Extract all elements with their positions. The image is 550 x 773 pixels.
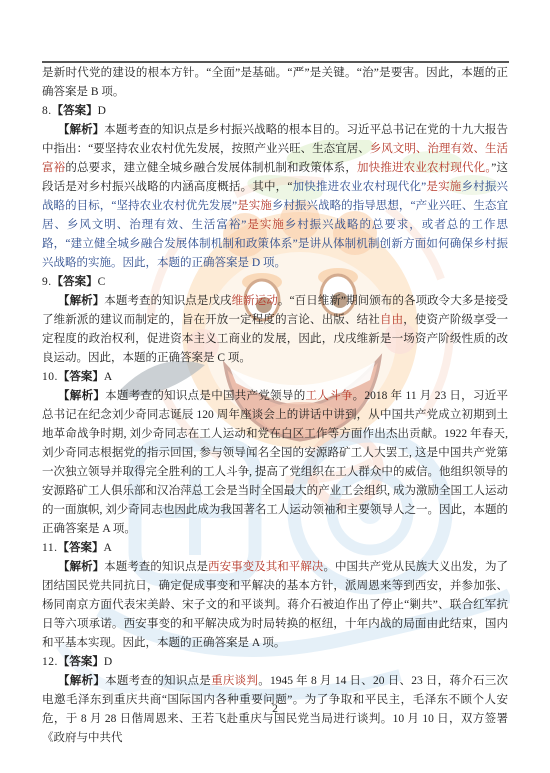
header-rule xyxy=(42,61,509,63)
answer-line: 10.【答案】A xyxy=(42,368,508,387)
highlight-red-text: 自由 xyxy=(380,314,403,326)
body-text: 。2018 年 11 月 23 日，习近平总书记在纪念刘少奇同志诞辰 120 周… xyxy=(42,390,508,535)
highlight-red-text: 是实施 xyxy=(237,200,272,212)
answer-items: 8.【答案】D【解析】本题考查的知识点是乡村振兴战略的根本目的。习近平总书记在党… xyxy=(42,102,508,748)
question-number: 9. xyxy=(42,276,52,288)
body-text: 的总要求，建立健全城乡融合发展体制机制和政策体系， xyxy=(65,162,357,174)
body-text: 本题考查的知识点是戊戌 xyxy=(104,295,231,307)
answer-label: 【答案】 xyxy=(57,542,103,554)
highlight-red-text: 加快推进农业农村现代化。 xyxy=(357,162,491,174)
answer-letter: D xyxy=(104,656,112,668)
body-text: 本题考查的知识点是 xyxy=(104,561,208,573)
analysis-label: 【解析】 xyxy=(58,124,104,136)
analysis-paragraph: 【解析】本题考查的知识点是中国共产党领导的工人斗争。2018 年 11 月 23… xyxy=(42,387,508,539)
highlight-red-text: 重庆谈判 xyxy=(211,675,258,687)
analysis-label: 【解析】 xyxy=(58,675,105,687)
analysis-label: 【解析】 xyxy=(58,390,105,402)
analysis-paragraph: 【解析】本题考查的知识点是戊戌维新运动。“百日维新”期间颁布的各项政令大多是接受… xyxy=(42,292,508,368)
analysis-paragraph: 【解析】本题考查的知识点是乡村振兴战略的根本目的。习近平总书记在党的十九大报告中… xyxy=(42,121,508,273)
question-number: 10. xyxy=(42,371,58,383)
answer-label: 【答案】 xyxy=(58,371,104,383)
body-text: 本题考查的知识点是中国共产党领导的 xyxy=(105,390,305,402)
answer-line: 12.【答案】D xyxy=(42,653,508,672)
answer-label: 【答案】 xyxy=(58,656,104,668)
highlight-red-text: 西安事变及其和平解决 xyxy=(208,561,323,573)
body-text: 。中国共产党从民族大义出发，为了团结国民党共同抗日，确定促成事变和平解决的基本方… xyxy=(42,561,508,649)
highlight-red-text: 工人斗争 xyxy=(306,390,353,402)
highlight-red-text: 是实施 xyxy=(246,219,284,231)
answer-label: 【答案】 xyxy=(52,105,98,117)
question-number: 11. xyxy=(42,542,57,554)
highlight-red-text: 是实施 xyxy=(426,181,461,193)
answer-line: 11.【答案】A xyxy=(42,539,508,558)
answer-line: 9.【答案】C xyxy=(42,273,508,292)
answer-label: 【答案】 xyxy=(52,276,98,288)
answer-letter: D xyxy=(98,105,106,117)
analysis-label: 【解析】 xyxy=(58,561,104,573)
answer-key-content: 是新时代党的建设的根本方针。“全面”是基础。“严”是关键。“治”是要害。因此，本… xyxy=(42,64,508,748)
highlight-red-text: 维新运动 xyxy=(232,295,278,307)
document-page: 是新时代党的建设的根本方针。“全面”是基础。“严”是关键。“治”是要害。因此，本… xyxy=(0,0,550,773)
analysis-label: 【解析】 xyxy=(58,295,104,307)
body-text: 是新时代党的建设的根本方针。“全面”是基础。“严”是关键。“治”是要害。因此，本… xyxy=(42,67,508,98)
question-number: 12. xyxy=(42,656,58,668)
answer-line: 8.【答案】D xyxy=(42,102,508,121)
answer-letter: C xyxy=(98,276,106,288)
highlight-blue-text: 加快推进农业农村现代化” xyxy=(292,181,426,193)
answer-letter: A xyxy=(103,542,111,554)
question-number: 8. xyxy=(42,105,52,117)
lead-paragraph: 是新时代党的建设的根本方针。“全面”是基础。“严”是关键。“治”是要害。因此，本… xyxy=(42,64,508,102)
answer-letter: A xyxy=(104,371,112,383)
page-number: 2 xyxy=(0,703,550,715)
body-text: 本题考查的知识点是 xyxy=(105,675,211,687)
analysis-paragraph: 【解析】本题考查的知识点是西安事变及其和平解决。中国共产党从民族大义出发，为了团… xyxy=(42,558,508,653)
